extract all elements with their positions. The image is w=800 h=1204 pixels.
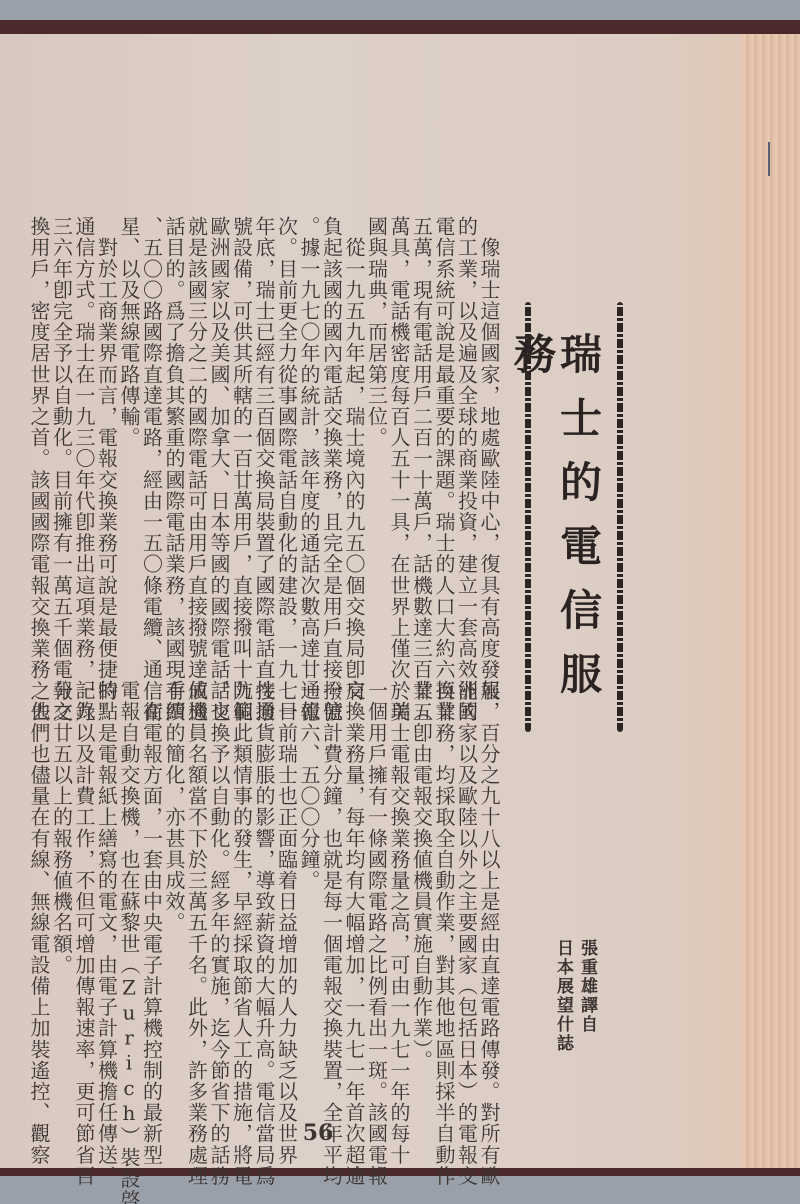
title-frame: 瑞士的電信服務 — [525, 302, 625, 732]
text-column: 。據一九七〇年的統計，該年度的通話次數高達廿一億 — [298, 216, 321, 656]
text-column: 年底，瑞士已經有三百個交換局裝置了國際電話直接撥 — [253, 216, 276, 656]
text-column: 洲國家以及歐陸以外之主要國家（包括日本）的電報交 — [455, 680, 478, 1110]
text-column: 報，百分之九十八以上是經由直達電路傳發。對所有歐 — [478, 680, 501, 1110]
page-number: 56 — [288, 1120, 348, 1146]
text-column: 通報六、五〇〇分鐘。 — [298, 680, 321, 1110]
text-column: 國與瑞典，而居第三位。 — [365, 216, 388, 656]
text-column: 記錄以及計費工作，不但可增加傳報速率，更可節省百 — [73, 680, 96, 1110]
text-column: 業（卽由電報交換値機員實施自動作業）。 — [410, 680, 433, 1110]
text-column: 一個用戶擁有一條國際電路之比例看出一斑。該國電報 — [365, 680, 388, 1110]
text-column: 話交換予以自動化。經多年的實施，迄今節省下的話務 — [208, 680, 231, 1110]
text-column: 目前瑞士也正面臨着日益增加的人力缺乏以及世界 — [275, 680, 298, 1110]
background-top — [0, 0, 800, 22]
text-column: 五萬，現有電話用戶二百一十萬戶，話機數達三百廿五 — [410, 216, 433, 656]
text-column: 從一九五九年起，瑞士境內的九五〇個交換局卽肩 — [343, 216, 366, 656]
ornamental-rule-right — [617, 302, 623, 732]
text-column: 次。目前更全力從事國際電話自動化的建設，一九七一 — [275, 216, 298, 656]
text-column: 特點是電報紙上繕寫的電文，由電子計算機擔任傳送、 — [95, 680, 118, 1110]
byline-translator: 張重雄譯自 — [575, 939, 599, 1099]
article-title: 瑞士的電信服務 — [555, 332, 601, 732]
text-column: 歐洲國家以及美國、加拿大、日本等國的國際電話，也 — [208, 216, 231, 656]
byline: 張重雄譯自 日本展望什誌 — [551, 939, 599, 1099]
text-column: 換用戶，密度居世界之首。該國國際電報交換業務之去 — [28, 216, 51, 656]
article-body-lower: 報，百分之九十八以上是經由直達電路傳發。對所有歐洲國家以及歐陸以外之主要國家（包… — [20, 680, 500, 1110]
text-column: 的工業，以及遍及全球的商業投資，建立一套高效能的 — [455, 216, 478, 656]
text-column: 瑞士電報交換業務量之高，可由一九七一年的每十 — [388, 680, 411, 1110]
byline-source: 日本展望什誌 — [551, 939, 575, 1099]
book-page: 像瑞士這個國家，地處歐陸中心，復具有高度發展的工業，以及遍及全球的商業投資，建立… — [0, 34, 742, 1168]
text-column: 防範此類情事的發生，早經採取節省人工的措施，將電 — [230, 680, 253, 1110]
text-column: 他們也儘量在有線、無線電設備上加裝遙控、觀察 — [28, 680, 51, 1110]
text-column: 就是該國三分之二的國際電話可由用戶直接撥號達成通 — [185, 216, 208, 656]
text-column: 電報自動交換機，也在蘇黎世（Zurich）裝設啓用。其 — [118, 680, 141, 1110]
text-column: 交換業務量，每年均有大幅增加，一九七一年首次超逾 — [343, 680, 366, 1110]
text-column: 手續的簡化，亦甚具成效。 — [163, 680, 186, 1110]
text-column: 電信系統可說是最重要的課題。瑞士的人口大約六百廿 — [433, 216, 456, 656]
text-column: 値機員名額當不下於三萬五千名。此外，許多業務處理 — [185, 680, 208, 1110]
text-column: 像瑞士這個國家，地處歐陸中心，復具有高度發展 — [478, 216, 501, 656]
text-column: 對於工商業界而言，電報交換業務可說是最便捷的 — [95, 216, 118, 656]
text-column: 性通貨膨脹的影響，導致薪資的大幅升高。電信當局爲 — [253, 680, 276, 1110]
article-body-upper: 像瑞士這個國家，地處歐陸中心，復具有高度發展的工業，以及遍及全球的商業投資，建立… — [12, 216, 500, 656]
text-column: 分之廿五以上的報務値機名額。 — [50, 680, 73, 1110]
text-column: 、五〇〇路國際直達電路，經由一五〇條電纜、通信衛 — [140, 216, 163, 656]
text-column: 號設備，可供其所轄的一百廿萬用戶，直接撥叫十九個 — [230, 216, 253, 656]
text-column: 星、以及無線電路傳輸。 — [118, 216, 141, 656]
text-column: 通信方式。瑞士在一九三〇年代卽推出這項業務，一九 — [73, 216, 96, 656]
text-column: 話目的。爲了擔負其繁重的國際電話業務，該國現有四 — [163, 216, 186, 656]
text-column: 三六年卽完全予以自動化。目前擁有一萬五千個電報交 — [50, 216, 73, 656]
text-column: 負起該國的國內電話交換業務，且完全是用戶直接撥號 — [320, 216, 343, 656]
text-column: 換業務，均採取全自動作業，對其他地區則採半自動作 — [433, 680, 456, 1110]
page-stack-edges — [742, 34, 800, 1168]
text-column: 一億計費分鐘，也就是每一個電報交換裝置，全年平均 — [320, 680, 343, 1110]
text-column: 在電報方面，一套由中央電子計算機控制的最新型 — [140, 680, 163, 1110]
text-column: 萬具，電話機密度每百人五十一具，在世界上僅次於美 — [388, 216, 411, 656]
page-edge-mark — [768, 142, 770, 176]
